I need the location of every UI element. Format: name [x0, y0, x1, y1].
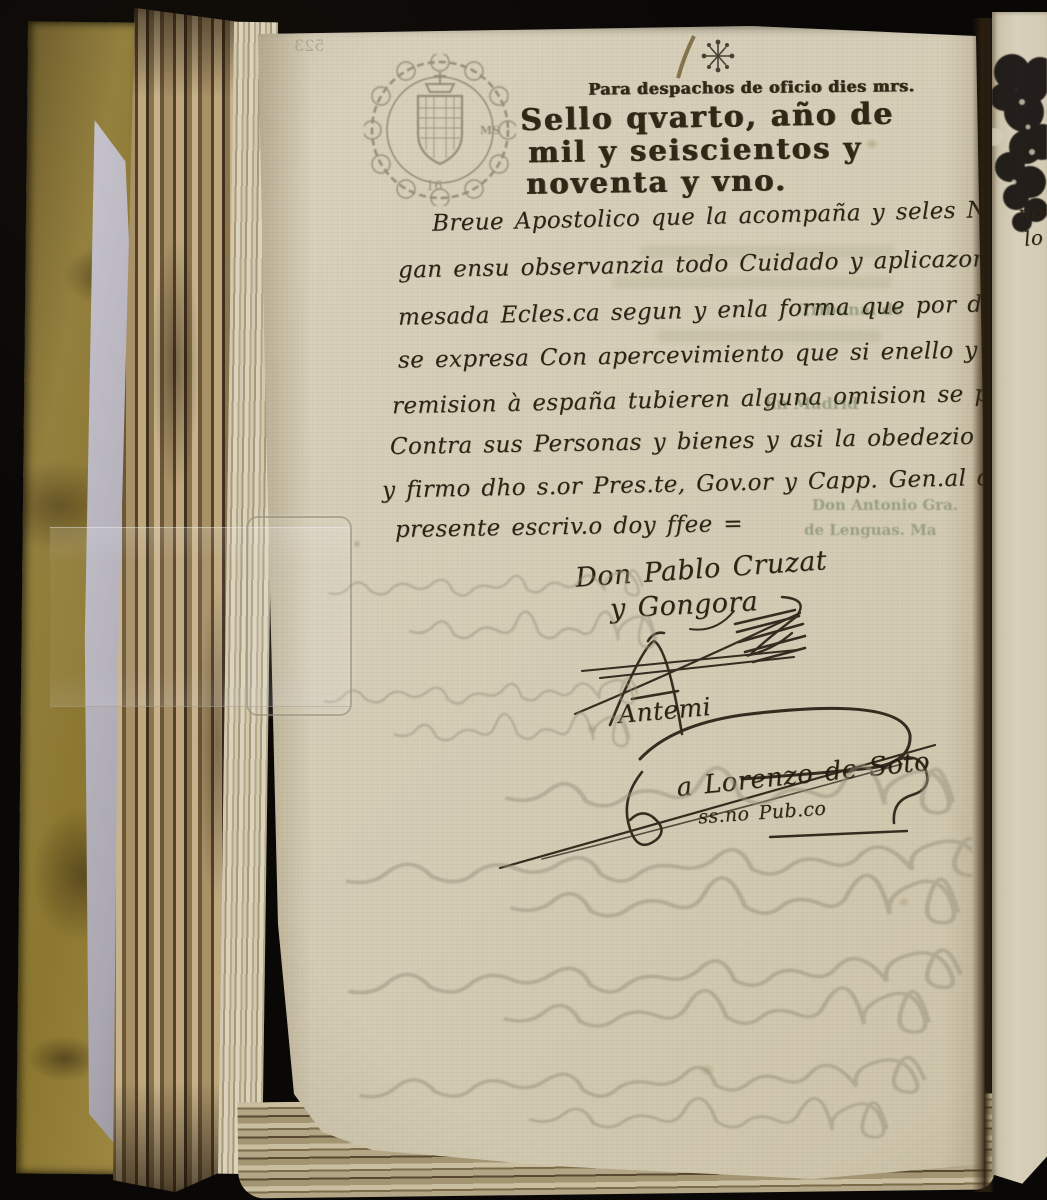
stamp-year: 16 [426, 179, 443, 194]
printers-rosette-ornament [672, 26, 742, 82]
manuscript-line: Contra sus Personas y bienes y asi la ob… [390, 422, 1047, 460]
stamp-monogram: MS [480, 124, 500, 137]
manuscript-line: Breue Apostolico que la acompaña y seles… [432, 193, 1047, 236]
manuscript-page: 523 [252, 24, 985, 1189]
photograph-of-bound-manuscript: { "printed_header": { "fee_line": "Para … [0, 0, 1047, 1200]
facing-page-marginalia: no [1017, 199, 1045, 226]
paper-seal-stamp: MS 16 [364, 54, 516, 206]
manuscript-line: mesada Ecles.ca segun y enla forma que p… [398, 287, 1047, 331]
facing-page-sliver: no lo [992, 12, 1047, 1198]
print-show-through-text: Don Antonio Gra. [812, 496, 958, 514]
manuscript-line: se expresa Con apercevimiento que si ene… [398, 336, 1045, 373]
folio-number-show-through: 523 [294, 36, 325, 55]
ink-bleed-through [262, 564, 972, 1154]
facing-page-marginalia: lo [1023, 225, 1045, 251]
gutter-shadow [972, 18, 994, 1192]
manuscript-line: remision à españa tubieren alguna omisio… [392, 379, 1047, 420]
printed-seal-title-line3: noventa y vno. [526, 163, 787, 201]
acrylic-page-clamp-head [246, 516, 352, 716]
printed-fee-line: Para despachos de oficio dies mrs. [588, 76, 915, 98]
